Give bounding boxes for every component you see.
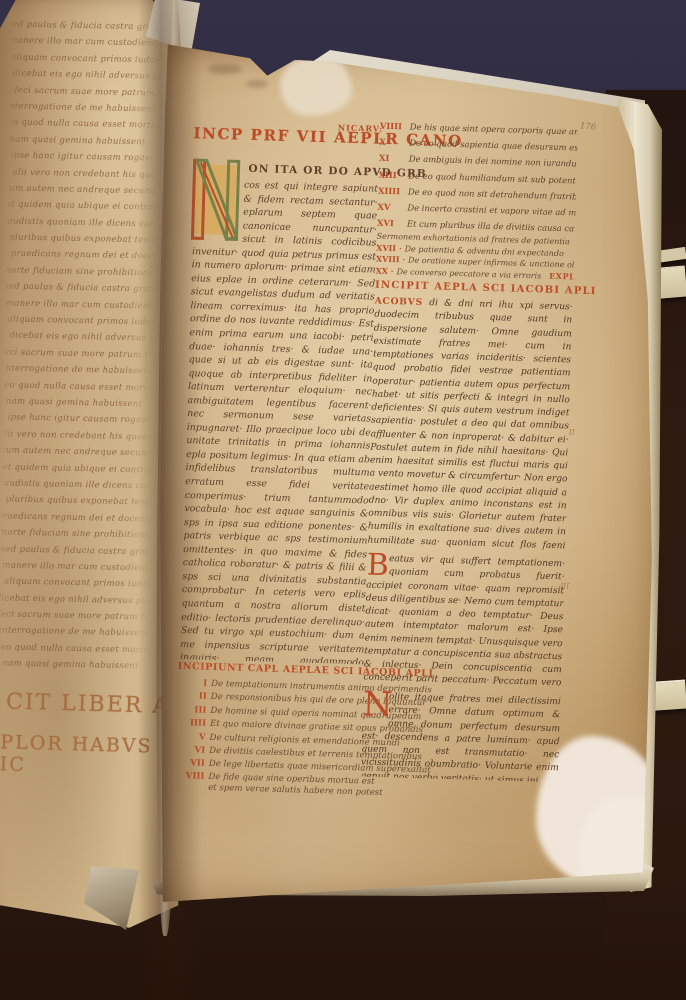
section-text: eatus vir qui suffert temptationem· quon…: [363, 554, 565, 686]
james-section-2: B eatus vir qui suffert temptationem· qu…: [363, 552, 565, 686]
chapter-numeral: VIIII: [380, 118, 408, 135]
prologue-body: cos est qui integre sapiunt & fidem rect…: [180, 177, 378, 664]
right-column: VIIIIDe his quae sint opera corporis qua…: [361, 118, 578, 783]
section-text: olite itaque fratres mei dilectissimi er…: [361, 692, 561, 782]
james-section-1: ACOBVS di & dni nri ihu xpi servus· duod…: [367, 295, 572, 555]
incipit-rubric: INCIPIT AEPLA SCI IACOBI APLI: [375, 280, 573, 297]
chapter-numeral: V: [177, 731, 205, 745]
manuscript-photo: sed paulus & fiducia castra gratias agen…: [0, 0, 686, 1000]
chapter-numeral: VII: [177, 757, 205, 771]
dirt-smudge: [246, 80, 268, 88]
chapter-numeral: XVII ·: [376, 242, 402, 253]
capitula-text: Et cum pluribus illa de divitiis causa c…: [407, 219, 575, 235]
chapter-numeral: III: [178, 704, 206, 718]
lead-capitals: ACOBVS: [374, 296, 423, 308]
chapter-numeral: XV: [377, 199, 405, 216]
chapter-numeral: XX ·: [375, 265, 393, 276]
capitula-text: De ambiguis in dei nomine non iurandum: [409, 154, 577, 169]
capitula-text: De fide quae sine operibus mortua est et…: [208, 772, 383, 799]
capitula-list-left: IDe temptationum instrumentis animo depr…: [208, 678, 387, 800]
section-text: di & dni nri ihu xpi servus· duodecim tr…: [367, 298, 572, 554]
faded-text-line: nam quasi gemina habuissent: [2, 656, 154, 676]
initial-n-red: N: [362, 690, 389, 719]
dirt-smudge: [208, 64, 242, 74]
chapter-numeral: VIII: [176, 771, 204, 783]
explicit-rubric: EXPLIC CAPL: [549, 270, 574, 282]
chapter-numeral: XI: [379, 150, 407, 167]
capitula-list-extra: Sermonem exhortationis ad fratres de pat…: [375, 231, 574, 282]
chapter-numeral: XVI: [377, 215, 405, 232]
capitula-item: VIIIDe fide quae sine operibus mortua es…: [208, 772, 385, 800]
verso-text-block: sed paulus & fiducia castra gratias agen…: [0, 16, 164, 679]
text-content: INCP PRF VII AEPLR CANO NICARV: ON ITA O…: [169, 118, 626, 851]
chapter-numeral: XIII: [378, 166, 406, 183]
recto-page: 176 INCP PRF VII AEPLR CANO NICARV: ON I…: [150, 40, 660, 908]
margin-mark: II: [569, 427, 575, 436]
james-section-3: N olite itaque fratres mei dilectissimi …: [361, 690, 561, 782]
chapter-numeral: XIIII: [378, 182, 406, 199]
rubric-heading-carryover: NICARV:: [338, 122, 384, 133]
initial-spacer: [192, 177, 244, 244]
margin-mark: III: [560, 581, 569, 590]
chapter-numeral: IIII: [178, 717, 206, 731]
chapter-numeral: II: [179, 690, 207, 704]
chapter-numeral: X: [379, 134, 407, 151]
capitula-list-right: VIIIIDe his quae sint opera corporis qua…: [377, 118, 578, 237]
chapter-numeral: I: [179, 677, 207, 691]
chapter-numeral: XVIII ·: [376, 254, 406, 265]
prologue-text: cos est qui integre sapiunt & fidem rect…: [180, 180, 378, 665]
chapter-numeral: VI: [177, 744, 205, 758]
initial-b: B: [366, 552, 389, 578]
